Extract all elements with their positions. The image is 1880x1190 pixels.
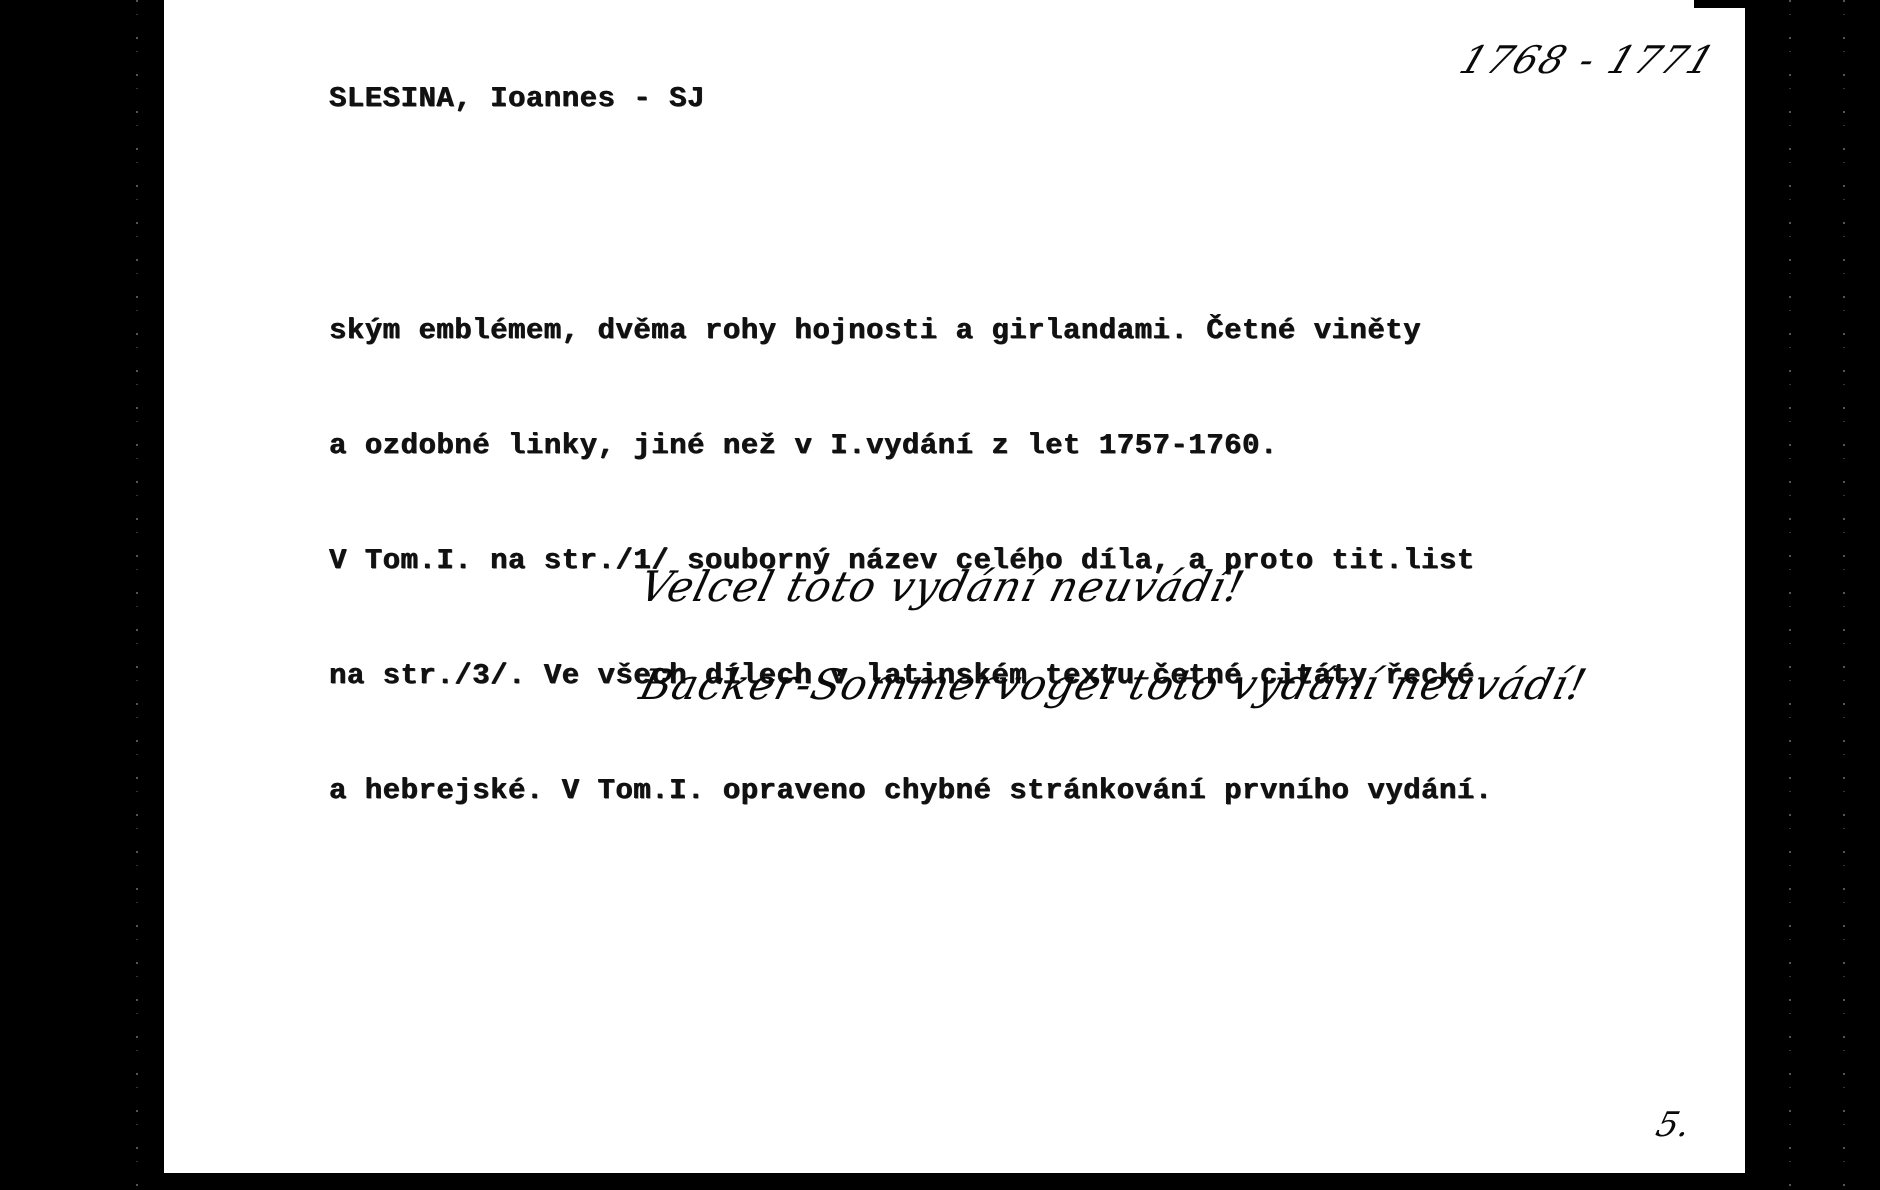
description-line: a ozdobné linky, jiné než v I.vydání z l… [329,421,1493,470]
card-description: ským emblémem, dvěma rohy hojnosti a gir… [329,240,1493,881]
handwritten-note: Backer-Sommervogel toto vydání neuvádí! [635,660,1592,709]
handwritten-year-range: 1768 - 1771 [1454,38,1722,82]
page-number-mark: 5. [1652,1105,1694,1145]
description-line: ským emblémem, dvěma rohy hojnosti a gir… [329,306,1493,355]
scan-noise-right-1 [1789,0,1791,1190]
handwritten-note: Velcel toto vydání neuvádí! [635,562,1250,611]
description-line: a hebrejské. V Tom.I. opraveno chybné st… [329,766,1493,815]
scan-noise-right-2 [1843,0,1845,1190]
card-heading: SLESINA, Ioannes - SJ [329,82,705,115]
catalog-card: SLESINA, Ioannes - SJ 1768 - 1771 ským e… [164,0,1745,1173]
scan-noise-left [136,0,138,1190]
